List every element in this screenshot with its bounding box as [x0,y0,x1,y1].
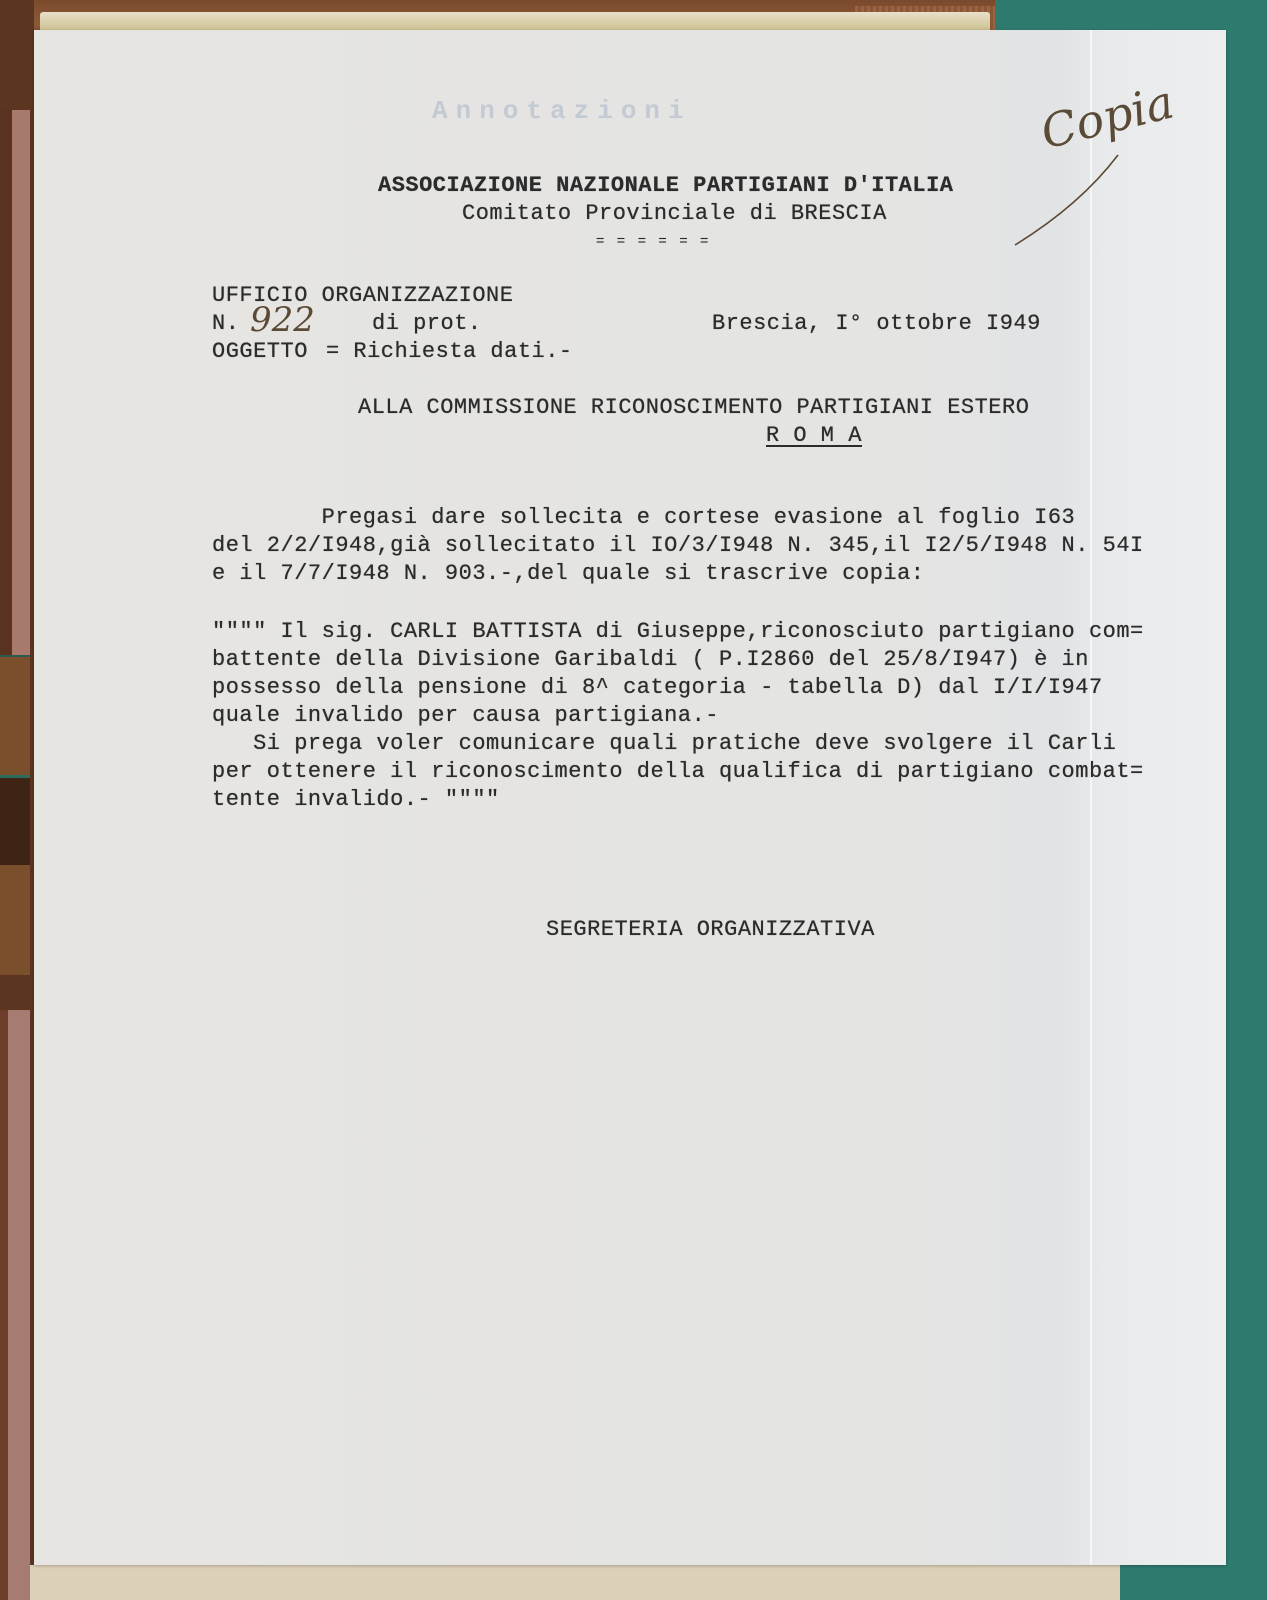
quoted-line: """" Il sig. CARLI BATTISTA di Giuseppe,… [212,618,1144,646]
signature-block: SEGRETERIA ORGANIZZATIVA [546,916,875,944]
quoted-line: per ottenere il riconoscimento della qua… [212,758,1144,786]
background-shelf [0,1010,30,1600]
recipient-line: ALLA COMMISSIONE RICONOSCIMENTO PARTIGIA… [358,394,1029,422]
ghost-show-through-text: Annotazioni [432,96,692,126]
committee-title: Comitato Provinciale di BRESCIA [462,200,887,228]
body-line: Pregasi dare sollecita e cortese evasion… [212,504,1144,532]
quoted-line: battente della Divisione Garibaldi ( P.I… [212,646,1144,674]
body-paragraph: Pregasi dare sollecita e cortese evasion… [212,504,1144,588]
header-separator: = = = = = = [596,228,710,256]
place-date: Brescia, I° ottobre I949 [712,310,1041,338]
protocol-suffix: di prot. [372,310,482,338]
paper-stack-edge [40,12,990,32]
subject-label: OGGETTO [212,338,308,366]
under-sheet [30,1565,1120,1600]
protocol-prefix: N. [212,310,239,338]
background-shelf [0,110,30,655]
quoted-line: Si prega voler comunicare quali pratiche… [212,730,1144,758]
handwritten-protocol-number: 922 [250,300,315,340]
background-shelf [0,655,30,777]
org-title: ASSOCIAZIONE NAZIONALE PARTIGIANI D'ITAL… [378,172,954,200]
recipient-city: R O M A [766,422,862,450]
background-shelf [0,865,30,975]
subject-text: = Richiesta dati.- [326,338,573,366]
quoted-line: tente invalido.- """" [212,786,1144,814]
handwritten-stroke [1010,150,1130,250]
quoted-line: possesso della pensione di 8^ categoria … [212,674,1144,702]
body-line: e il 7/7/I948 N. 903.-,del quale si tras… [212,560,1144,588]
body-line: del 2/2/I948,già sollecitato il IO/3/I94… [212,532,1144,560]
quoted-text: """" Il sig. CARLI BATTISTA di Giuseppe,… [212,618,1144,814]
quoted-line: quale invalido per causa partigiana.- [212,702,1144,730]
background-shelf [0,775,30,868]
